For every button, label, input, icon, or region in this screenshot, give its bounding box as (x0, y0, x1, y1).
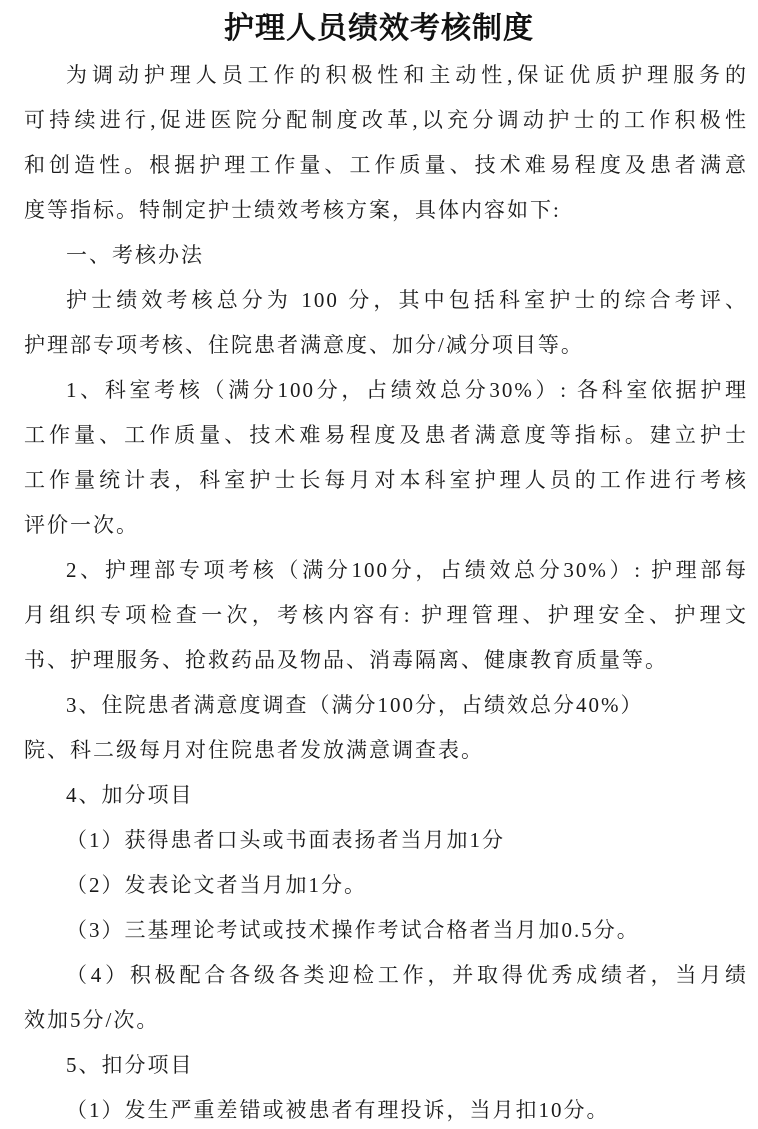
document-line: 2、护理部专项考核（满分100分，占绩效总分30%）: 护理部每 (24, 548, 748, 593)
document-line: 一、考核办法 (24, 233, 748, 278)
document-line: 和创造性。根据护理工作量、工作质量、技术难易程度及患者满意 (24, 143, 748, 188)
document-line: （3）三基理论考试或技术操作考试合格者当月加0.5分。 (24, 908, 748, 953)
document-line: （1）获得患者口头或书面表扬者当月加1分 (24, 818, 748, 863)
document-line: 工作量统计表，科室护士长每月对本科室护理人员的工作进行考核 (24, 458, 748, 503)
document-body: 为调动护理人员工作的积极性和主动性,保证优质护理服务的可持续进行,促进医院分配制… (0, 52, 758, 1129)
document-line: 5、扣分项目 (24, 1043, 748, 1088)
document-line: 评价一次。 (24, 503, 748, 548)
document-line: 为调动护理人员工作的积极性和主动性,保证优质护理服务的 (24, 53, 748, 98)
document-title: 护理人员绩效考核制度 (0, 6, 758, 52)
document-page: 护理人员绩效考核制度 为调动护理人员工作的积极性和主动性,保证优质护理服务的可持… (0, 6, 758, 1129)
document-line: 1、科室考核（满分100分，占绩效总分30%）: 各科室依据护理 (24, 368, 748, 413)
document-line: 月组织专项检查一次，考核内容有: 护理管理、护理安全、护理文 (24, 593, 748, 638)
document-line: 护理部专项考核、住院患者满意度、加分/减分项目等。 (24, 323, 748, 368)
document-line: 可持续进行,促进医院分配制度改革,以充分调动护士的工作积极性 (24, 98, 748, 143)
document-line: 护士绩效考核总分为 100 分，其中包括科室护士的综合考评、 (24, 278, 748, 323)
document-line: 院、科二级每月对住院患者发放满意调查表。 (24, 728, 748, 773)
document-line: （4）积极配合各级各类迎检工作，并取得优秀成绩者，当月绩 (24, 953, 748, 998)
document-line: （1）发生严重差错或被患者有理投诉，当月扣10分。 (24, 1088, 748, 1129)
document-line: 4、加分项目 (24, 773, 748, 818)
document-line: （2）发表论文者当月加1分。 (24, 863, 748, 908)
document-line: 3、住院患者满意度调查（满分100分，占绩效总分40%） (24, 683, 748, 728)
document-line: 书、护理服务、抢救药品及物品、消毒隔离、健康教育质量等。 (24, 638, 748, 683)
document-line: 度等指标。特制定护士绩效考核方案，具体内容如下: (24, 188, 748, 233)
document-line: 工作量、工作质量、技术难易程度及患者满意度等指标。建立护士 (24, 413, 748, 458)
document-line: 效加5分/次。 (24, 998, 748, 1043)
